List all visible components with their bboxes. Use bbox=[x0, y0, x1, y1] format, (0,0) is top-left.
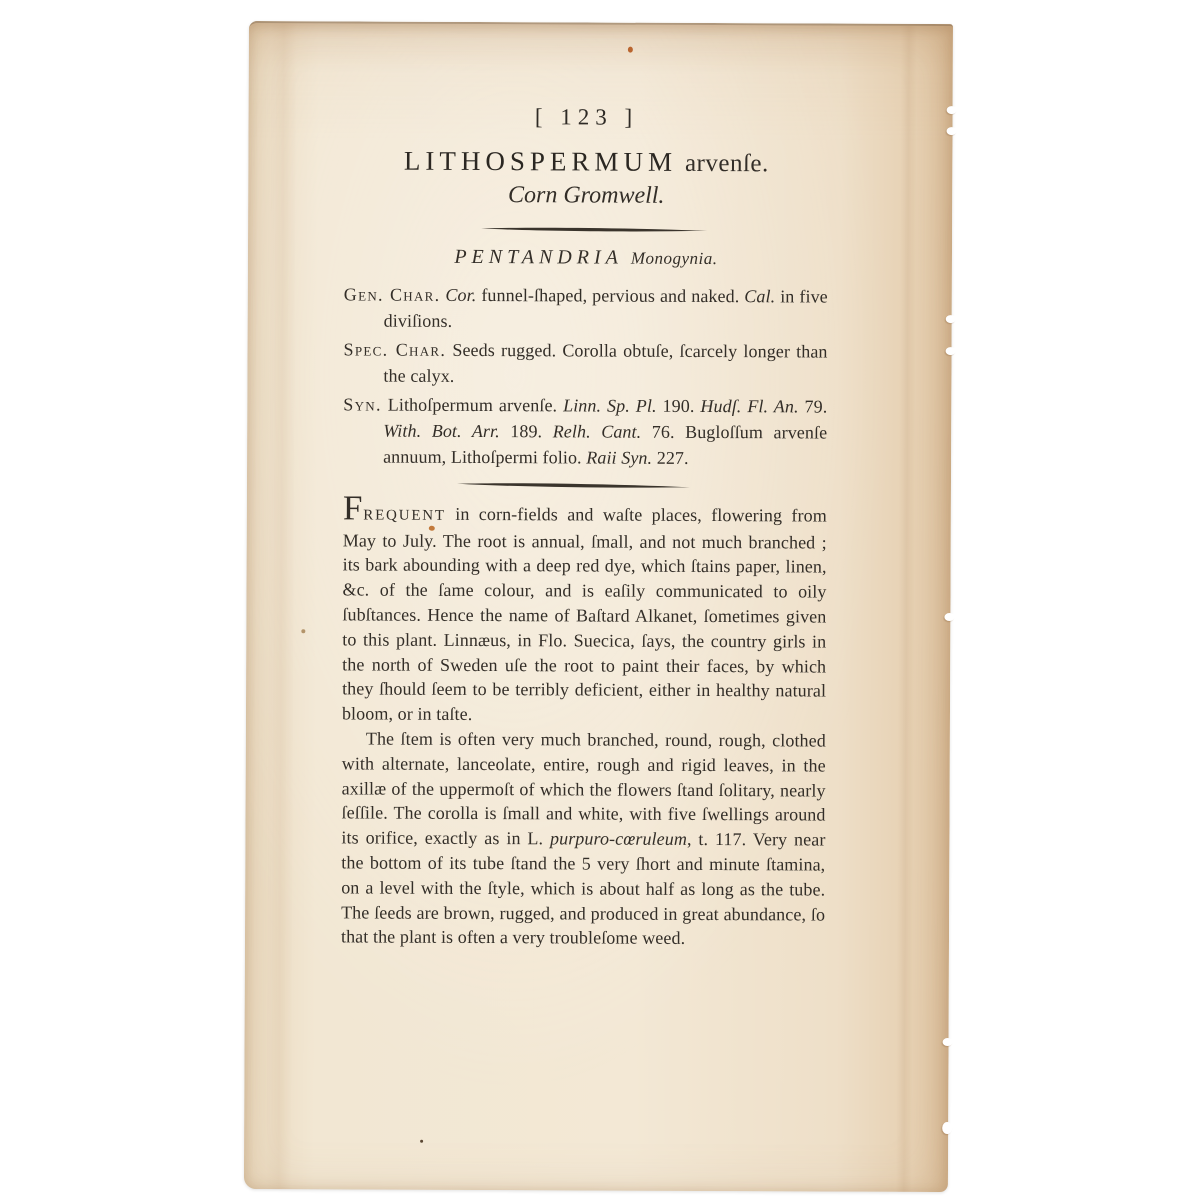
character-entries: Gen. Char. Cor. funnel-ſhaped, pervious … bbox=[343, 281, 828, 472]
foxing-stain bbox=[420, 1140, 423, 1143]
paper-crease-right bbox=[896, 26, 917, 1192]
specific-character-entry: Spec. Char. Seeds rugged. Corolla obtuſe… bbox=[343, 336, 827, 391]
description-text: FREQUENT in corn-fields and waſte places… bbox=[341, 501, 827, 951]
deckle-nick bbox=[942, 1122, 952, 1134]
page-title: LITHOSPERMUMarvenſe. bbox=[344, 145, 828, 178]
scan-background: [ 123 ] LITHOSPERMUMarvenſe. Corn Gromwe… bbox=[0, 0, 1200, 1200]
body-paragraph-1: FREQUENT in corn-fields and waſte places… bbox=[342, 501, 827, 728]
deckle-nick bbox=[946, 315, 956, 323]
classis-name: PENTANDRIA bbox=[454, 246, 623, 269]
deckle-nick bbox=[944, 613, 954, 621]
deckle-nick bbox=[943, 1038, 953, 1046]
synonyms-entry: Syn. Lithoſpermum arvenſe. Linn. Sp. Pl.… bbox=[343, 391, 827, 472]
generic-character-entry: Gen. Char. Cor. funnel-ſhaped, pervious … bbox=[344, 281, 828, 336]
deckle-nick bbox=[946, 347, 956, 355]
foxing-stain bbox=[429, 526, 435, 531]
body-paragraph-2: The ſtem is often very much branched, ro… bbox=[341, 726, 826, 951]
genus-name: LITHOSPERMUM bbox=[404, 146, 677, 177]
divider-rule-top bbox=[481, 225, 707, 235]
paper-crease-left bbox=[266, 23, 297, 1189]
divider-rule-middle bbox=[457, 480, 690, 491]
deckle-nick bbox=[947, 127, 957, 135]
species-name: arvenſe. bbox=[685, 150, 769, 177]
page-number: [ 123 ] bbox=[345, 103, 829, 131]
text-column: [ 123 ] LITHOSPERMUMarvenſe. Corn Gromwe… bbox=[341, 103, 829, 951]
foxing-stain bbox=[628, 47, 633, 53]
classification-line: PENTANDRIA Monogynia. bbox=[344, 245, 828, 270]
deckle-nick bbox=[947, 106, 957, 114]
foxing-stain bbox=[301, 629, 305, 633]
book-page: [ 123 ] LITHOSPERMUMarvenſe. Corn Gromwe… bbox=[244, 21, 953, 1192]
ordo-name: Monogynia. bbox=[631, 249, 718, 268]
common-name: Corn Gromwell. bbox=[344, 181, 828, 210]
